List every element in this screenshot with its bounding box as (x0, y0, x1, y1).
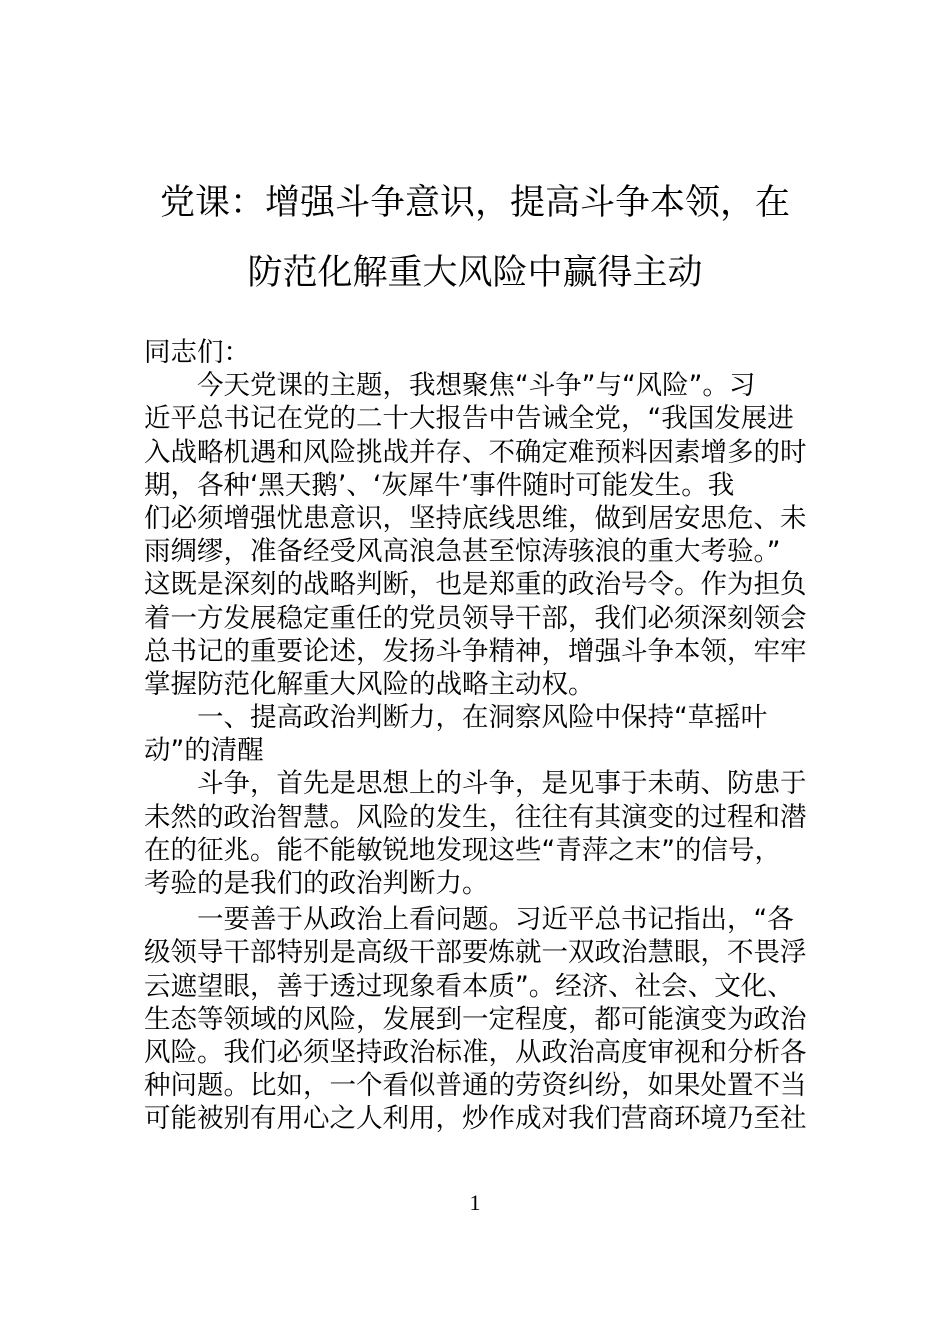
salutation: 同志们： (144, 336, 814, 369)
paragraph-line: 总书记的重要论述，发扬斗争精神，增强斗争本领，牢牢 (144, 635, 814, 668)
paragraph-intro: 今天党课的主题，我想聚焦“斗争”与“风险”。习 近平总书记在党的二十大报告中告诫… (144, 369, 814, 701)
paragraph-line: 云遮望眼，善于透过现象看本质”。经济、社会、文化、 (144, 970, 814, 1003)
heading-line: 一、提高政治判断力，在洞察风险中保持“草摇叶 (144, 701, 814, 734)
document-body: 同志们： 今天党课的主题，我想聚焦“斗争”与“风险”。习 近平总书记在党的二十大… (144, 336, 814, 1136)
title-line-1: 党课：增强斗争意识，提高斗争本领，在 (140, 168, 810, 238)
paragraph-line: 未然的政治智慧。风险的发生，往往有其演变的过程和潜 (144, 801, 814, 834)
paragraph-political-view: 一要善于从政治上看问题。习近平总书记指出，“各 级领导干部特别是高级干部要炼就一… (144, 903, 814, 1135)
paragraph-line: 着一方发展稳定重任的党员领导干部，我们必须深刻领会 (144, 602, 814, 635)
paragraph-line: 入战略机遇和风险挑战并存、不确定难预料因素增多的时 (144, 436, 814, 469)
paragraph-line: 今天党课的主题，我想聚焦“斗争”与“风险”。习 (144, 369, 814, 402)
paragraph-line: 在的征兆。能不能敏锐地发现这些“青萍之末”的信号， (144, 834, 814, 867)
heading-line: 动”的清醒 (144, 734, 814, 767)
title-line-2: 防范化解重大风险中赢得主动 (140, 238, 810, 308)
paragraph-line: 近平总书记在党的二十大报告中告诫全党，“我国发展进 (144, 402, 814, 435)
paragraph-line: 风险。我们必须坚持政治标准，从政治高度审视和分析各 (144, 1036, 814, 1069)
paragraph-line: 级领导干部特别是高级干部要炼就一双政治慧眼，不畏浮 (144, 936, 814, 969)
paragraph-line: 斗争，首先是思想上的斗争，是见事于未萌、防患于 (144, 767, 814, 800)
paragraph-line: 们必须增强忧患意识，坚持底线思维，做到居安思危、未 (144, 502, 814, 535)
page-number: 1 (0, 1190, 950, 1216)
paragraph-line: 生态等领域的风险，发展到一定程度，都可能演变为政治 (144, 1003, 814, 1036)
paragraph-line: 这既是深刻的战略判断，也是郑重的政治号令。作为担负 (144, 568, 814, 601)
paragraph-line: 一要善于从政治上看问题。习近平总书记指出，“各 (144, 903, 814, 936)
paragraph-line: 雨绸缪，准备经受风高浪急甚至惊涛骇浪的重大考验。” (144, 535, 814, 568)
paragraph-struggle: 斗争，首先是思想上的斗争，是见事于未萌、防患于 未然的政治智慧。风险的发生，往往… (144, 767, 814, 900)
section-heading-1: 一、提高政治判断力，在洞察风险中保持“草摇叶 动”的清醒 (144, 701, 814, 767)
paragraph-line: 种问题。比如，一个看似普通的劳资纠纷，如果处置不当 (144, 1069, 814, 1102)
paragraph-line: 期，各种‘黑天鹅’、‘灰犀牛’事件随时可能发生。我 (144, 469, 814, 502)
paragraph-line: 掌握防范化解重大风险的战略主动权。 (144, 668, 814, 701)
paragraph-line: 可能被别有用心之人利用，炒作成对我们营商环境乃至社 (144, 1102, 814, 1135)
document-title: 党课：增强斗争意识，提高斗争本领，在 防范化解重大风险中赢得主动 (140, 168, 810, 308)
paragraph-line: 考验的是我们的政治判断力。 (144, 867, 814, 900)
document-page: 党课：增强斗争意识，提高斗争本领，在 防范化解重大风险中赢得主动 同志们： 今天… (0, 0, 950, 1344)
